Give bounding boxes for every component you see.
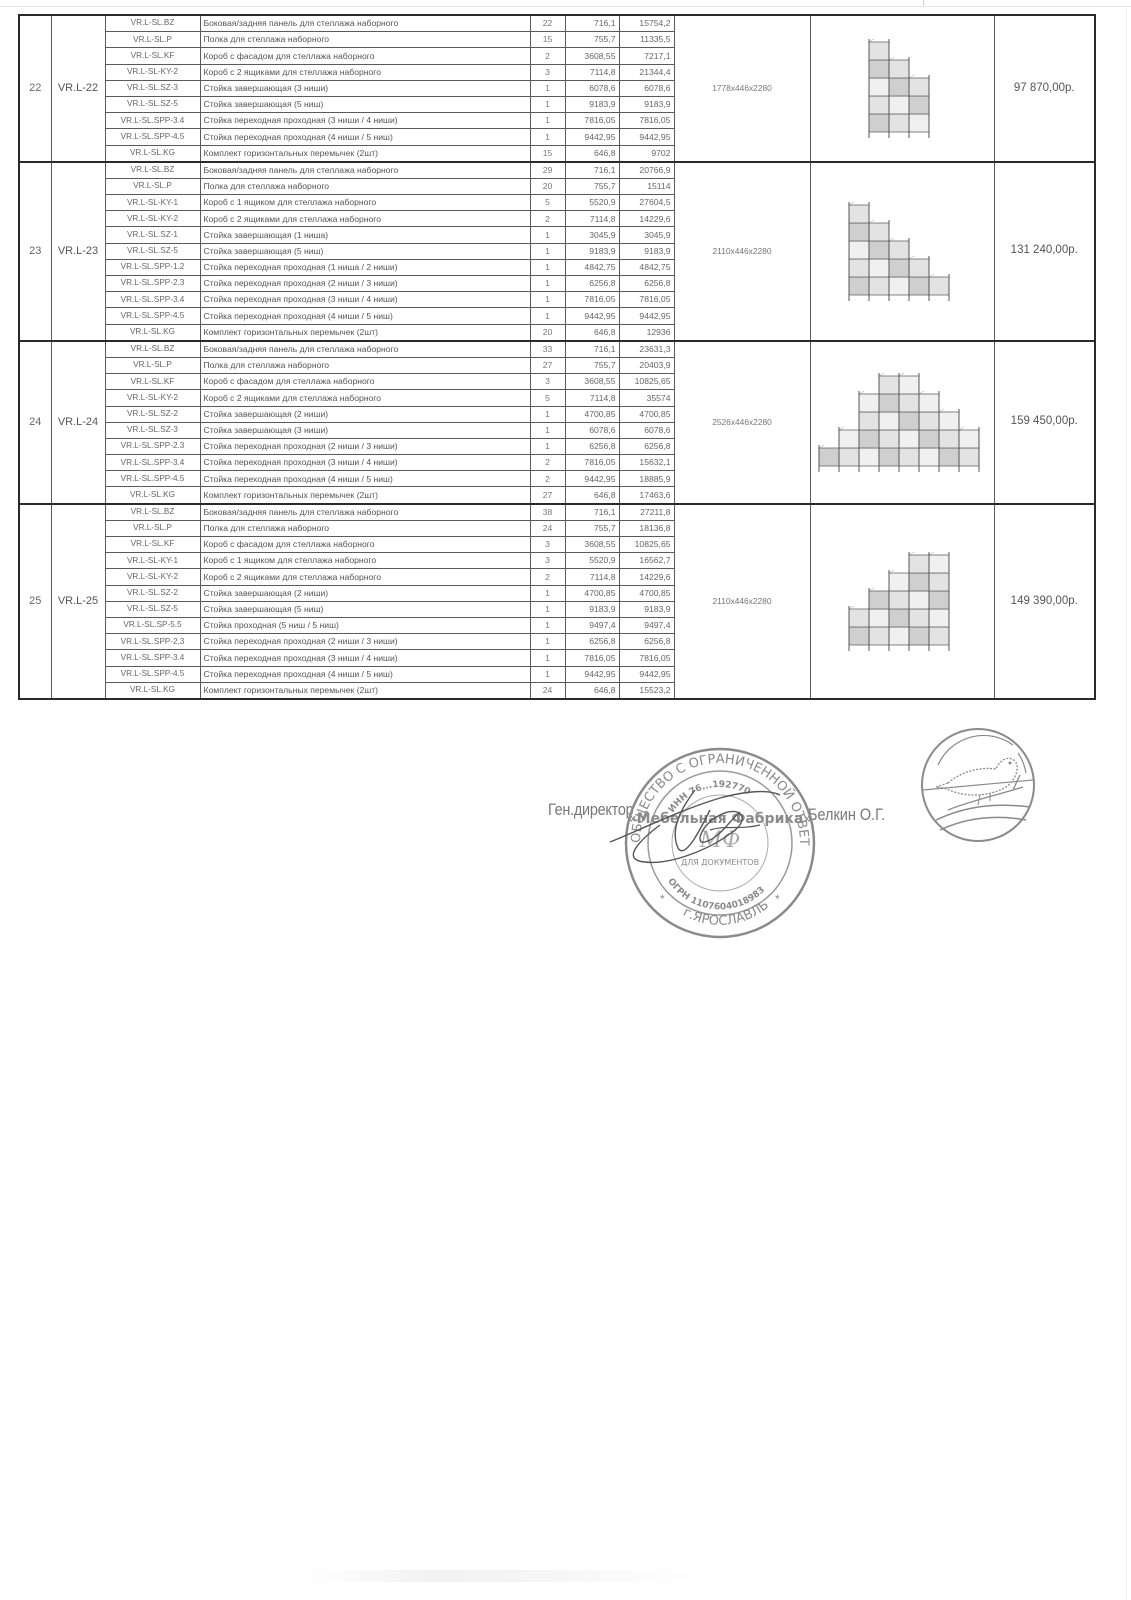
item-name: Стойка завершающая (1 ниша) (200, 227, 530, 243)
item-total: 7816,05 (619, 292, 674, 308)
item-name: Комплект горизонтальных перемычек (2шт) (200, 324, 530, 341)
item-name: Комплект горизонтальных перемычек (2шт) (200, 682, 530, 699)
model-code: VR.L-22 (51, 15, 105, 162)
item-name: Полка для стеллажа наборного (200, 32, 530, 48)
item-quantity: 3 (530, 64, 565, 80)
item-unit-price: 755,7 (565, 520, 619, 536)
item-quantity: 29 (530, 162, 565, 179)
item-name: Боковая/задняя панель для стеллажа набор… (200, 15, 530, 32)
item-total: 9442,95 (619, 129, 674, 145)
item-unit-price: 9183,9 (565, 96, 619, 112)
svg-text:*: * (660, 892, 665, 906)
shelving-unit-pyramid-icon (810, 341, 994, 504)
item-total: 35574 (619, 390, 674, 406)
item-name: Комплект горизонтальных перемычек (2шт) (200, 145, 530, 162)
item-code: VR.L-SL.SPP-2.3 (105, 634, 200, 650)
item-name: Короб с фасадом для стеллажа наборного (200, 537, 530, 553)
item-quantity: 1 (530, 292, 565, 308)
item-unit-price: 4700,85 (565, 585, 619, 601)
item-total: 6256,8 (619, 276, 674, 292)
item-total: 11335,5 (619, 32, 674, 48)
item-code: VR.L-SL-KY-2 (105, 390, 200, 406)
item-unit-price: 7816,05 (565, 650, 619, 666)
item-code: VR.L-SL.SZ-3 (105, 422, 200, 438)
item-unit-price: 6256,8 (565, 634, 619, 650)
item-code: VR.L-SL.SPP-3.4 (105, 650, 200, 666)
item-unit-price: 3608,55 (565, 537, 619, 553)
item-code: VR.L-SL.SPP-3.4 (105, 113, 200, 129)
item-quantity: 27 (530, 487, 565, 504)
item-unit-price: 646,8 (565, 682, 619, 699)
item-unit-price: 3608,55 (565, 48, 619, 64)
item-code: VR.L-SL.SPP-2.3 (105, 276, 200, 292)
item-quantity: 5 (530, 195, 565, 211)
position-number: 25 (19, 504, 51, 699)
shelving-unit-staircase-5-columns-icon (810, 162, 994, 341)
item-unit-price: 5520,9 (565, 195, 619, 211)
item-quantity: 1 (530, 601, 565, 617)
item-total: 4700,85 (619, 406, 674, 422)
item-code: VR.L-SL.BZ (105, 504, 200, 521)
dimensions: 2110x446x2280 (674, 504, 810, 699)
item-quantity: 1 (530, 276, 565, 292)
item-quantity: 1 (530, 243, 565, 259)
item-unit-price: 716,1 (565, 15, 619, 32)
item-total: 15523,2 (619, 682, 674, 699)
item-quantity: 27 (530, 357, 565, 373)
item-name: Боковая/задняя панель для стеллажа набор… (200, 341, 530, 358)
item-unit-price: 646,8 (565, 145, 619, 162)
item-code: VR.L-SL.SPP-3.4 (105, 292, 200, 308)
item-quantity: 33 (530, 341, 565, 358)
item-name: Комплект горизонтальных перемычек (2шт) (200, 487, 530, 504)
item-name: Стойка переходная проходная (4 ниши / 5 … (200, 308, 530, 324)
item-code: VR.L-SL.SPP-2.3 (105, 438, 200, 454)
item-code: VR.L-SL-KY-1 (105, 195, 200, 211)
item-unit-price: 716,1 (565, 162, 619, 179)
item-total: 27211,8 (619, 504, 674, 521)
item-unit-price: 755,7 (565, 32, 619, 48)
item-quantity: 3 (530, 553, 565, 569)
model-code: VR.L-23 (51, 162, 105, 341)
item-total: 9183,9 (619, 243, 674, 259)
item-name: Короб с фасадом для стеллажа наборного (200, 374, 530, 390)
shelving-unit-staircase-reverse-icon (810, 504, 994, 699)
bird-on-branch-icon (918, 725, 1038, 845)
position-number: 23 (19, 162, 51, 341)
item-code: VR.L-SL.KF (105, 48, 200, 64)
item-quantity: 2 (530, 48, 565, 64)
position-number: 22 (19, 15, 51, 162)
item-quantity: 38 (530, 504, 565, 521)
item-quantity: 24 (530, 520, 565, 536)
item-total: 18136,8 (619, 520, 674, 536)
item-quantity: 1 (530, 634, 565, 650)
item-name: Боковая/задняя панель для стеллажа набор… (200, 162, 530, 179)
svg-text:*: * (775, 892, 780, 906)
item-code: VR.L-SL.P (105, 32, 200, 48)
item-total: 15754,2 (619, 15, 674, 32)
item-total: 6256,8 (619, 634, 674, 650)
item-code: VR.L-SL.SZ-2 (105, 585, 200, 601)
item-name: Короб с 1 ящиком для стеллажа наборного (200, 195, 530, 211)
item-name: Стойка переходная проходная (2 ниши / 3 … (200, 276, 530, 292)
item-code: VR.L-SL.SZ-2 (105, 406, 200, 422)
item-unit-price: 7114,8 (565, 64, 619, 80)
item-name: Стойка завершающая (3 ниши) (200, 80, 530, 96)
item-name: Стойка переходная проходная (3 ниши / 4 … (200, 650, 530, 666)
item-code: VR.L-SL.SPP-3.4 (105, 455, 200, 471)
item-code: VR.L-SL.SPP-1.2 (105, 259, 200, 275)
item-total: 16562,7 (619, 553, 674, 569)
specification-table: 22VR.L-22VR.L-SL.BZБоковая/задняя панель… (18, 14, 1096, 700)
item-total: 20766,9 (619, 162, 674, 179)
item-code: VR.L-SL.SPP-4.5 (105, 666, 200, 682)
item-total: 10825,65 (619, 374, 674, 390)
item-total: 17463,6 (619, 487, 674, 504)
item-unit-price: 7114,8 (565, 390, 619, 406)
item-unit-price: 755,7 (565, 357, 619, 373)
item-total: 9702 (619, 145, 674, 162)
item-quantity: 15 (530, 145, 565, 162)
table-row: 22VR.L-22VR.L-SL.BZБоковая/задняя панель… (19, 15, 1095, 32)
item-code: VR.L-SL.SP-5.5 (105, 617, 200, 633)
item-name: Стойка переходная проходная (4 ниши / 5 … (200, 666, 530, 682)
dimensions: 2526x446x2280 (674, 341, 810, 504)
item-quantity: 1 (530, 438, 565, 454)
item-name: Стойка завершающая (2 ниши) (200, 585, 530, 601)
item-name: Короб с 2 ящиками для стеллажа наборного (200, 64, 530, 80)
item-code: VR.L-SL.KF (105, 537, 200, 553)
model-price: 97 870,00р. (994, 15, 1095, 162)
item-quantity: 1 (530, 113, 565, 129)
item-code: VR.L-SL-KY-2 (105, 569, 200, 585)
item-total: 21344,4 (619, 64, 674, 80)
item-unit-price: 6078,6 (565, 422, 619, 438)
scan-edge-mark (923, 0, 924, 6)
item-code: VR.L-SL.KG (105, 682, 200, 699)
item-unit-price: 646,8 (565, 487, 619, 504)
item-quantity: 22 (530, 15, 565, 32)
item-name: Полка для стеллажа наборного (200, 178, 530, 194)
specification-body: 22VR.L-22VR.L-SL.BZБоковая/задняя панель… (19, 15, 1095, 699)
item-total: 23631,3 (619, 341, 674, 358)
item-total: 27604,5 (619, 195, 674, 211)
item-total: 12936 (619, 324, 674, 341)
item-code: VR.L-SL-KY-1 (105, 553, 200, 569)
item-code: VR.L-SL.P (105, 178, 200, 194)
item-name: Стойка завершающая (2 ниши) (200, 406, 530, 422)
item-code: VR.L-SL.SZ-1 (105, 227, 200, 243)
item-code: VR.L-SL.SZ-5 (105, 243, 200, 259)
item-quantity: 15 (530, 32, 565, 48)
item-unit-price: 7816,05 (565, 113, 619, 129)
item-quantity: 1 (530, 406, 565, 422)
item-unit-price: 9183,9 (565, 243, 619, 259)
item-unit-price: 3045,9 (565, 227, 619, 243)
item-total: 18885,9 (619, 471, 674, 487)
item-unit-price: 9442,95 (565, 666, 619, 682)
item-quantity: 2 (530, 211, 565, 227)
item-name: Короб с 2 ящиками для стеллажа наборного (200, 390, 530, 406)
item-total: 3045,9 (619, 227, 674, 243)
item-quantity: 1 (530, 259, 565, 275)
position-number: 24 (19, 341, 51, 504)
item-name: Стойка переходная проходная (3 ниши / 4 … (200, 113, 530, 129)
item-total: 6078,6 (619, 80, 674, 96)
item-total: 4842,75 (619, 259, 674, 275)
item-total: 9183,9 (619, 96, 674, 112)
item-unit-price: 9442,95 (565, 471, 619, 487)
item-code: VR.L-SL.KG (105, 145, 200, 162)
item-quantity: 1 (530, 80, 565, 96)
item-unit-price: 4842,75 (565, 259, 619, 275)
item-quantity: 20 (530, 178, 565, 194)
item-unit-price: 755,7 (565, 178, 619, 194)
scan-artifact (300, 1570, 700, 1582)
item-quantity: 5 (530, 390, 565, 406)
item-name: Короб с 2 ящиками для стеллажа наборного (200, 211, 530, 227)
item-unit-price: 5520,9 (565, 553, 619, 569)
item-total: 7816,05 (619, 650, 674, 666)
item-total: 9442,95 (619, 666, 674, 682)
item-name: Стойка переходная проходная (2 ниши / 3 … (200, 634, 530, 650)
item-quantity: 1 (530, 617, 565, 633)
item-total: 7816,05 (619, 113, 674, 129)
table-row: 24VR.L-24VR.L-SL.BZБоковая/задняя панель… (19, 341, 1095, 358)
item-name: Стойка проходная (5 ниш / 5 ниш) (200, 617, 530, 633)
item-name: Короб с 2 ящиками для стеллажа наборного (200, 569, 530, 585)
item-unit-price: 7114,8 (565, 569, 619, 585)
item-code: VR.L-SL.KG (105, 487, 200, 504)
item-unit-price: 6256,8 (565, 438, 619, 454)
item-unit-price: 6078,6 (565, 80, 619, 96)
item-unit-price: 3608,55 (565, 374, 619, 390)
item-code: VR.L-SL.BZ (105, 15, 200, 32)
item-unit-price: 716,1 (565, 504, 619, 521)
item-name: Боковая/задняя панель для стеллажа набор… (200, 504, 530, 521)
model-price: 149 390,00р. (994, 504, 1095, 699)
item-name: Стойка переходная проходная (4 ниши / 5 … (200, 129, 530, 145)
item-code: VR.L-SL.SZ-5 (105, 601, 200, 617)
item-quantity: 1 (530, 227, 565, 243)
item-name: Стойка переходная проходная (2 ниши / 3 … (200, 438, 530, 454)
item-quantity: 2 (530, 471, 565, 487)
item-code: VR.L-SL-KY-2 (105, 211, 200, 227)
model-code: VR.L-25 (51, 504, 105, 699)
item-name: Полка для стеллажа наборного (200, 520, 530, 536)
item-code: VR.L-SL.KG (105, 324, 200, 341)
item-code: VR.L-SL.KF (105, 374, 200, 390)
item-unit-price: 9183,9 (565, 601, 619, 617)
item-name: Короб с 1 ящиком для стеллажа наборного (200, 553, 530, 569)
model-code: VR.L-24 (51, 341, 105, 504)
table-row: 25VR.L-25VR.L-SL.BZБоковая/задняя панель… (19, 504, 1095, 521)
item-total: 15114 (619, 178, 674, 194)
item-quantity: 3 (530, 374, 565, 390)
shelving-unit-staircase-3-columns-icon (810, 15, 994, 162)
item-name: Стойка завершающая (5 ниш) (200, 601, 530, 617)
item-total: 9442,95 (619, 308, 674, 324)
item-name: Стойка завершающая (5 ниш) (200, 243, 530, 259)
dimensions: 2110x446x2280 (674, 162, 810, 341)
item-total: 14229,6 (619, 569, 674, 585)
item-unit-price: 7114,8 (565, 211, 619, 227)
item-unit-price: 646,8 (565, 324, 619, 341)
item-name: Короб с фасадом для стеллажа наборного (200, 48, 530, 64)
item-code: VR.L-SL.P (105, 520, 200, 536)
item-code: VR.L-SL.SZ-3 (105, 80, 200, 96)
item-quantity: 1 (530, 585, 565, 601)
item-quantity: 3 (530, 537, 565, 553)
model-price: 131 240,00р. (994, 162, 1095, 341)
item-name: Стойка переходная проходная (3 ниши / 4 … (200, 292, 530, 308)
item-total: 6256,8 (619, 438, 674, 454)
item-quantity: 1 (530, 666, 565, 682)
item-total: 6078,6 (619, 422, 674, 438)
item-unit-price: 9497,4 (565, 617, 619, 633)
item-code: VR.L-SL.SPP-4.5 (105, 471, 200, 487)
item-quantity: 1 (530, 129, 565, 145)
dimensions: 1778x446x2280 (674, 15, 810, 162)
item-quantity: 1 (530, 422, 565, 438)
item-total: 9183,9 (619, 601, 674, 617)
handwritten-signature (600, 770, 800, 870)
table-row: 23VR.L-23VR.L-SL.BZБоковая/задняя панель… (19, 162, 1095, 179)
item-quantity: 1 (530, 96, 565, 112)
item-code: VR.L-SL.SPP-4.5 (105, 308, 200, 324)
item-total: 7217,1 (619, 48, 674, 64)
item-name: Стойка завершающая (5 ниш) (200, 96, 530, 112)
scan-page-edge-right (1126, 8, 1127, 1600)
item-unit-price: 6256,8 (565, 276, 619, 292)
item-total: 10825,65 (619, 537, 674, 553)
item-code: VR.L-SL-KY-2 (105, 64, 200, 80)
item-unit-price: 7816,05 (565, 455, 619, 471)
item-unit-price: 9442,95 (565, 308, 619, 324)
item-unit-price: 716,1 (565, 341, 619, 358)
item-name: Стойка завершающая (3 ниши) (200, 422, 530, 438)
item-unit-price: 9442,95 (565, 129, 619, 145)
item-name: Полка для стеллажа наборного (200, 357, 530, 373)
item-code: VR.L-SL.P (105, 357, 200, 373)
item-quantity: 24 (530, 682, 565, 699)
item-quantity: 1 (530, 308, 565, 324)
item-name: Стойка переходная проходная (4 ниши / 5 … (200, 471, 530, 487)
scan-page-edge (0, 6, 1131, 7)
item-unit-price: 7816,05 (565, 292, 619, 308)
item-total: 15632,1 (619, 455, 674, 471)
item-total: 14229,6 (619, 211, 674, 227)
item-name: Стойка переходная проходная (3 ниши / 4 … (200, 455, 530, 471)
model-price: 159 450,00р. (994, 341, 1095, 504)
item-code: VR.L-SL.BZ (105, 341, 200, 358)
item-total: 20403,9 (619, 357, 674, 373)
item-quantity: 20 (530, 324, 565, 341)
item-quantity: 2 (530, 455, 565, 471)
item-quantity: 2 (530, 569, 565, 585)
item-code: VR.L-SL.BZ (105, 162, 200, 179)
item-code: VR.L-SL.SPP-4.5 (105, 129, 200, 145)
item-total: 4700,85 (619, 585, 674, 601)
item-total: 9497,4 (619, 617, 674, 633)
item-unit-price: 4700,85 (565, 406, 619, 422)
item-name: Стойка переходная проходная (1 ниша / 2 … (200, 259, 530, 275)
item-quantity: 1 (530, 650, 565, 666)
item-code: VR.L-SL.SZ-5 (105, 96, 200, 112)
